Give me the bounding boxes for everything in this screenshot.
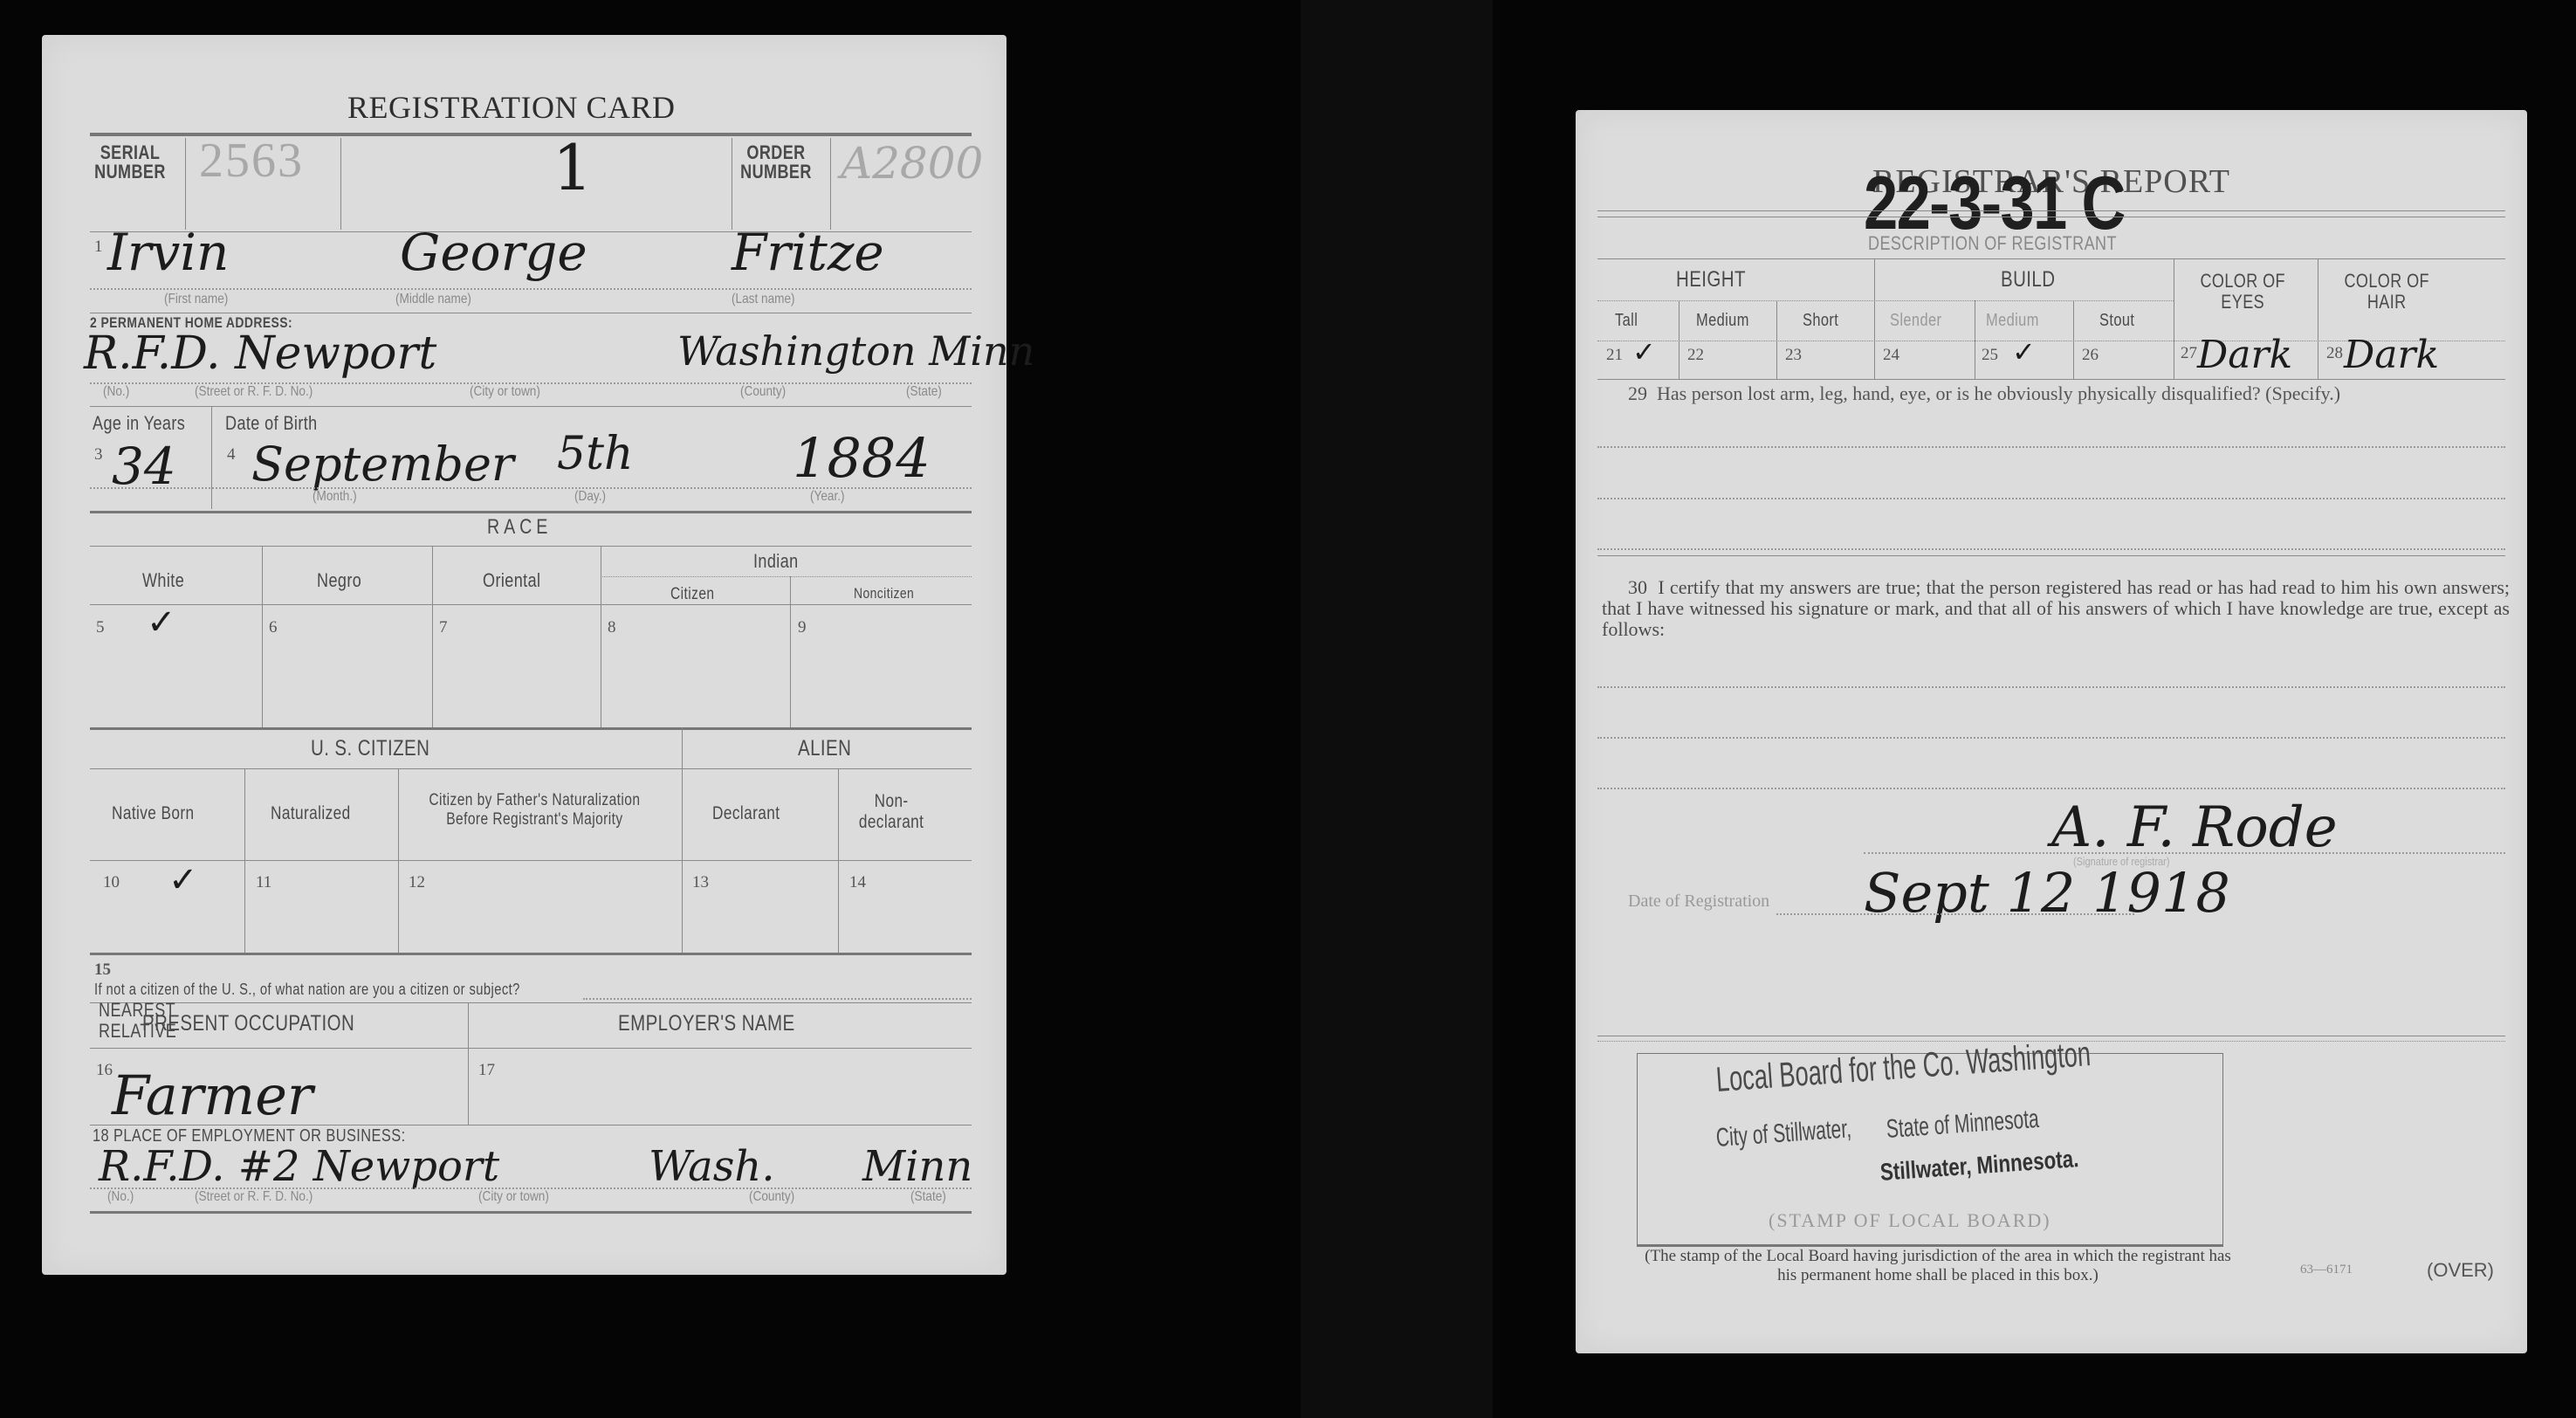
description-subtitle: DESCRIPTION OF REGISTRANT bbox=[1868, 232, 2117, 255]
build-medium-checkmark: ✓ bbox=[2012, 335, 2036, 368]
background-band bbox=[1301, 0, 1493, 1418]
stamp-line-1: Local Board for the Co. Washington bbox=[1714, 1035, 2092, 1100]
height-col-tall: Tall bbox=[1615, 311, 1638, 331]
registrars-report-card: REGISTRAR'S REPORT 22-3-31 C DESCRIPTION… bbox=[1576, 110, 2527, 1353]
date-of-registration-label: Date of Registration bbox=[1628, 891, 1769, 912]
build-col-stout: Stout bbox=[2099, 311, 2134, 331]
field-30-certification: I certify that my answers are true; that… bbox=[1602, 576, 2510, 640]
field-29-text: 29 Has person lost arm, leg, hand, eye, … bbox=[1602, 382, 2510, 405]
registrar-signature: A. F. Rode bbox=[2051, 795, 2338, 860]
field-num: 28 bbox=[2326, 344, 2343, 363]
rule bbox=[1597, 737, 2505, 739]
rule bbox=[2174, 258, 2174, 379]
field-29-question: Has person lost arm, leg, hand, eye, or … bbox=[1657, 382, 2340, 404]
rule bbox=[1597, 555, 2505, 556]
rule bbox=[1864, 852, 2505, 854]
rule bbox=[1776, 300, 1777, 379]
stamp-note: (The stamp of the Local Board having jur… bbox=[1637, 1247, 2239, 1285]
field-num: 25 bbox=[1982, 346, 1998, 365]
field-num: 24 bbox=[1883, 346, 1899, 365]
rule bbox=[1597, 1036, 2505, 1036]
rule bbox=[1597, 217, 2505, 217]
field-num: 22 bbox=[1687, 346, 1704, 365]
height-tall-checkmark: ✓ bbox=[1632, 335, 1656, 368]
print-code: 63—6171 bbox=[2300, 1263, 2353, 1277]
field-num: 30 bbox=[1628, 576, 1647, 598]
field-num: 23 bbox=[1785, 346, 1802, 365]
height-col-medium: Medium bbox=[1696, 311, 1749, 331]
field-num: 29 bbox=[1628, 382, 1647, 404]
eye-color-header: COLOR OF EYES bbox=[2200, 271, 2285, 313]
field-30-text: 30 I certify that my answers are true; t… bbox=[1602, 577, 2510, 640]
card-lower-overlay bbox=[42, 917, 1006, 1275]
rule bbox=[1597, 788, 2505, 789]
height-header: HEIGHT bbox=[1676, 267, 1746, 293]
build-col-medium: Medium bbox=[1986, 311, 2039, 331]
rule bbox=[1679, 300, 1680, 379]
hair-color-header: COLOR OF HAIR bbox=[2344, 271, 2429, 313]
stamp-line-2b: State of Minnesota bbox=[1886, 1105, 2040, 1145]
stamp-line-3: Stillwater, Minnesota. bbox=[1879, 1145, 2079, 1187]
eye-color-value: Dark bbox=[2197, 333, 2292, 377]
rule bbox=[2073, 300, 2074, 379]
rule bbox=[1597, 548, 2505, 550]
rule bbox=[1597, 686, 2505, 688]
rule bbox=[1597, 498, 2505, 499]
hair-color-value: Dark bbox=[2344, 333, 2439, 377]
rule bbox=[1776, 913, 2134, 915]
local-board-stamp-box: Local Board for the Co. Washington City … bbox=[1637, 1053, 2223, 1247]
build-col-slender: Slender bbox=[1890, 311, 1941, 331]
field-num: 26 bbox=[2082, 346, 2099, 365]
field-num: 21 bbox=[1606, 346, 1623, 365]
rule bbox=[1597, 379, 2505, 380]
rule bbox=[1975, 300, 1975, 379]
field-num: 27 bbox=[2181, 344, 2197, 363]
rule bbox=[1597, 446, 2505, 448]
rule bbox=[2318, 258, 2318, 379]
rule bbox=[1597, 210, 2505, 211]
rule bbox=[1874, 258, 1875, 379]
build-header: BUILD bbox=[2001, 267, 2055, 293]
stamp-line-2a: City of Stillwater, bbox=[1715, 1114, 1852, 1153]
rule bbox=[1597, 258, 2505, 259]
stamp-caption: (STAMP OF LOCAL BOARD) bbox=[1769, 1209, 2051, 1232]
over-label: (OVER) bbox=[2427, 1259, 2494, 1282]
date-of-registration-value: Sept 12 1918 bbox=[1864, 861, 2230, 925]
rule bbox=[1597, 300, 2174, 301]
height-col-short: Short bbox=[1803, 311, 1838, 331]
